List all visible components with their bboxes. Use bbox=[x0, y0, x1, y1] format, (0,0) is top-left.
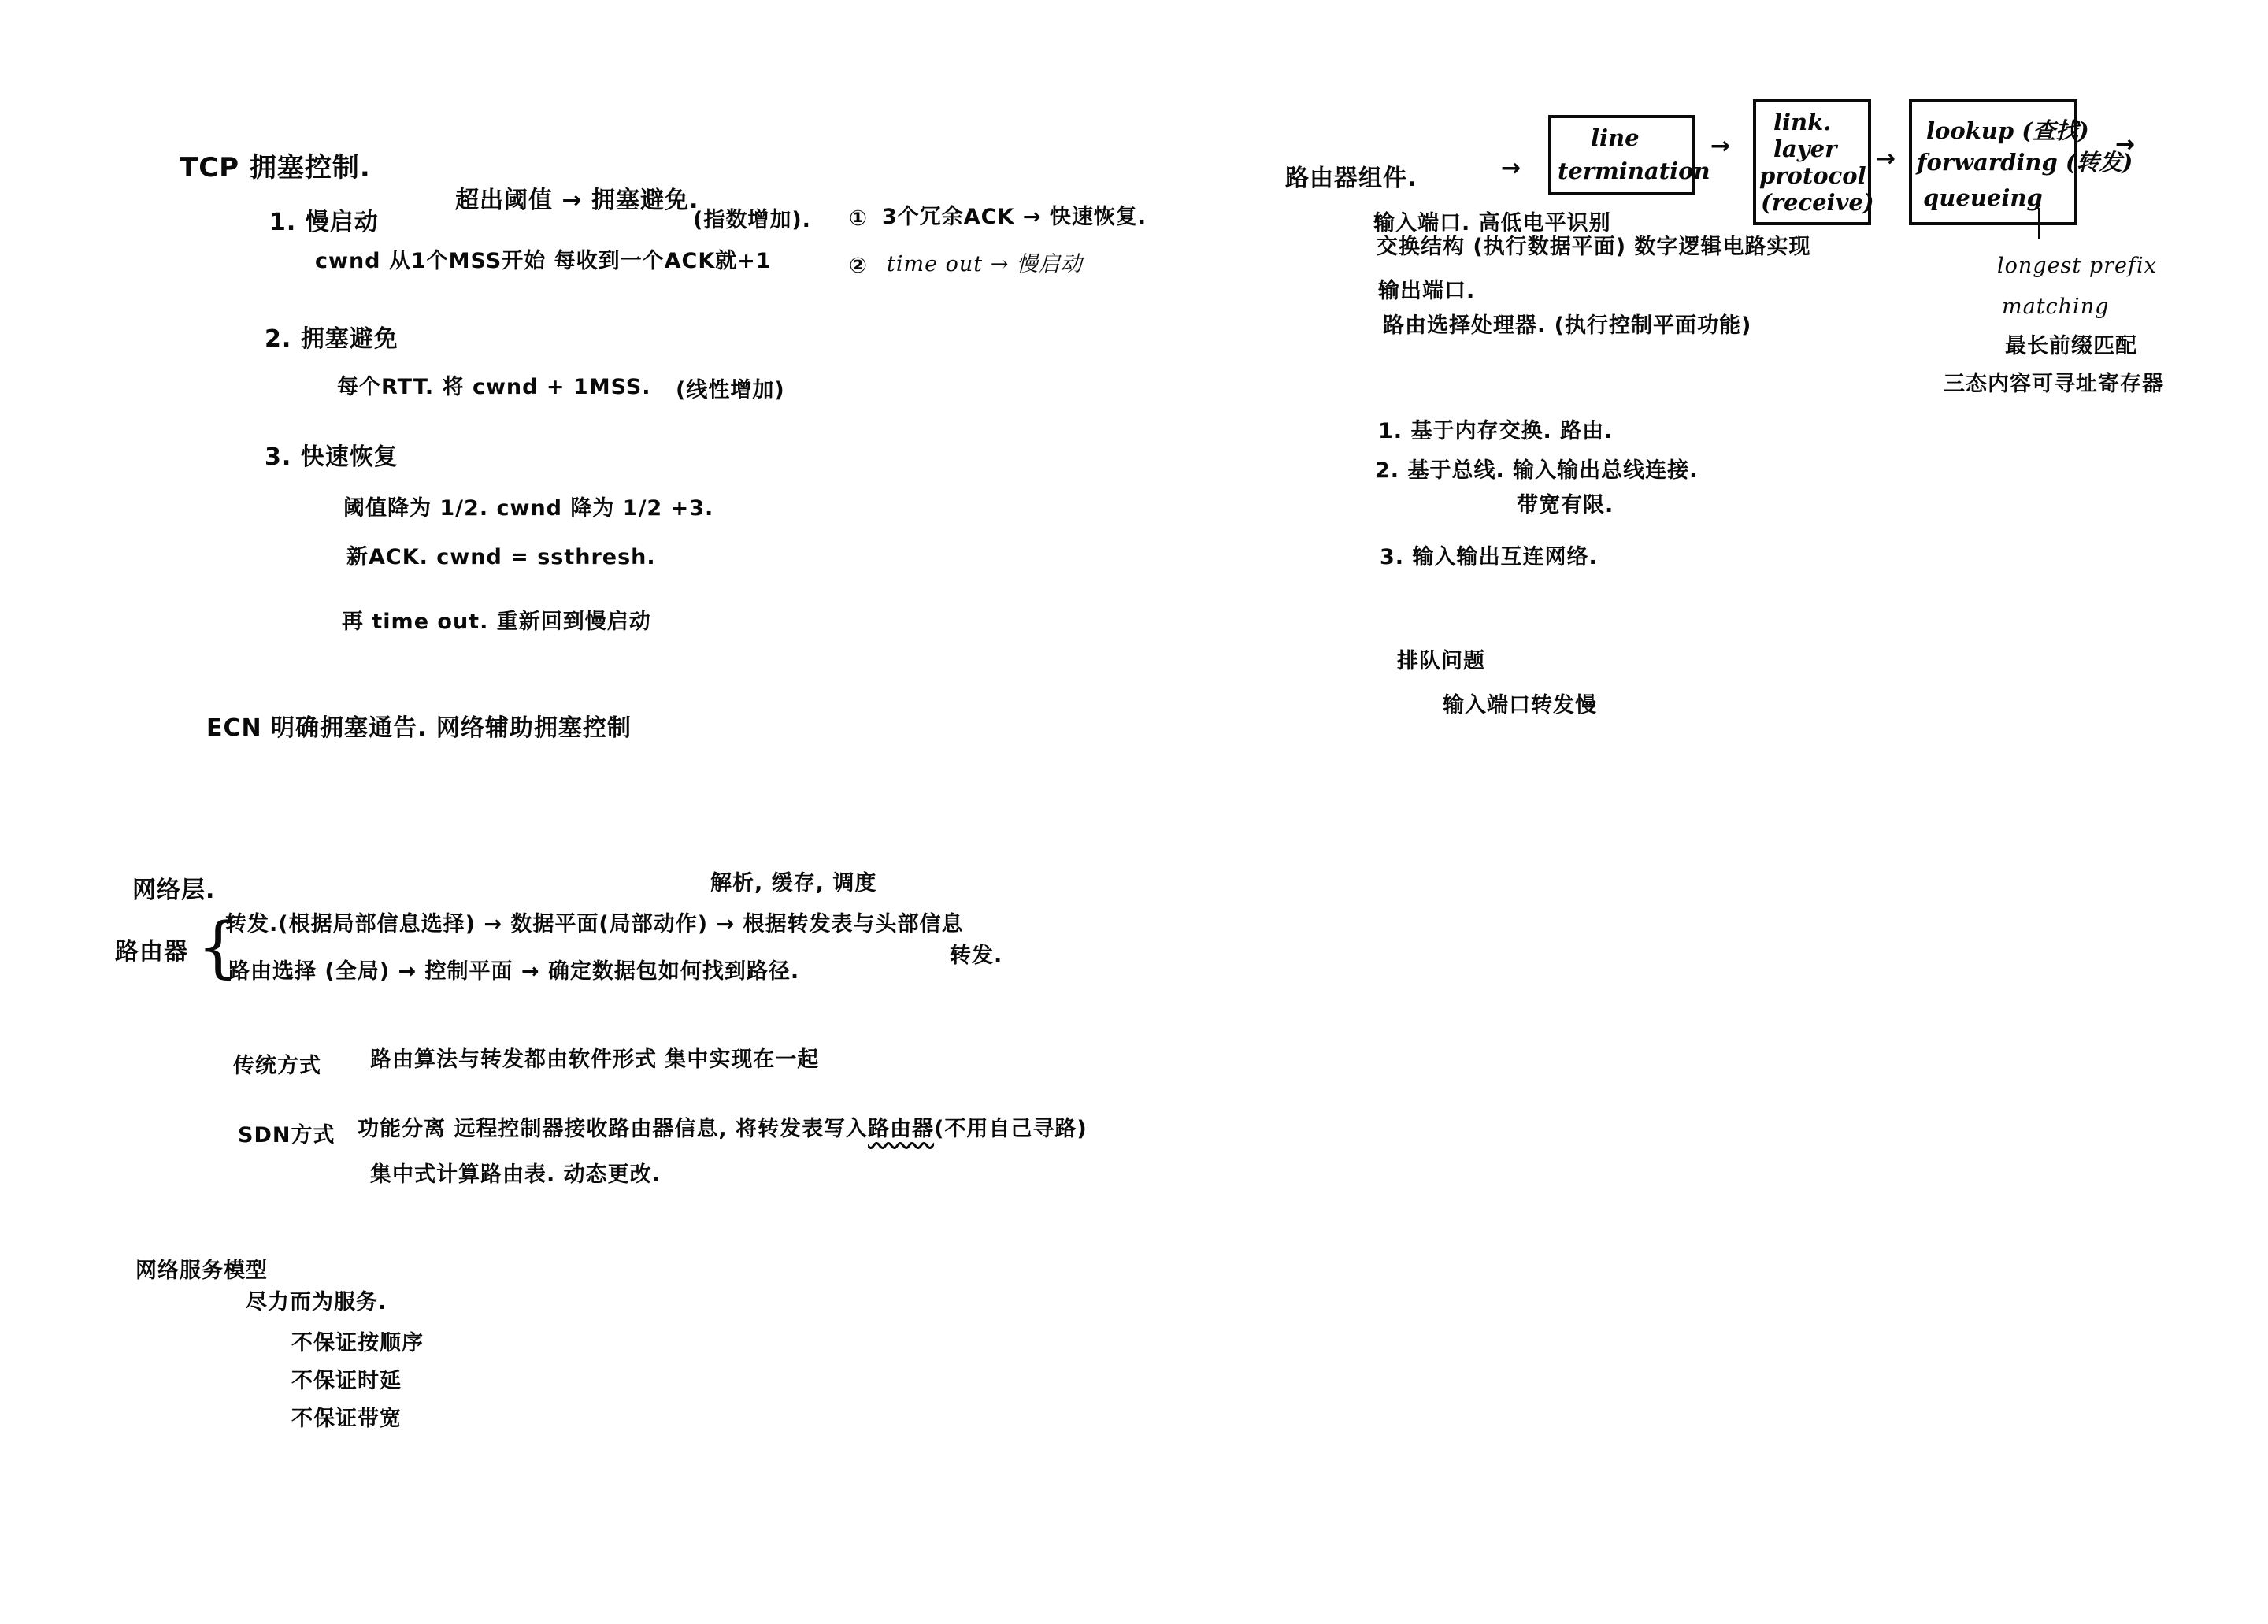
case2-text: time out → 慢启动 bbox=[887, 254, 1083, 275]
avoidance-heading: 2. 拥塞避免 bbox=[265, 328, 398, 351]
arrow-right-icon: → bbox=[1710, 132, 1730, 160]
arrow-right-icon: → bbox=[1876, 145, 1896, 172]
forwarding-line: 转发.(根据局部信息选择) → 数据平面(局部动作) → 根据转发表与头部信息 bbox=[225, 914, 963, 935]
case1-text: 3个冗余ACK → 快速恢复. bbox=[882, 206, 1147, 228]
queue-detail: 输入端口转发慢 bbox=[1443, 695, 1597, 716]
router-label: 路由器 bbox=[115, 940, 188, 964]
sdn-line2: 集中式计算路由表. 动态更改. bbox=[370, 1164, 661, 1185]
slow-start-detail: cwnd 从1个MSS开始 每收到一个ACK就+1 bbox=[315, 250, 772, 272]
queue-title: 排队问题 bbox=[1397, 651, 1485, 672]
lpm-line: 最长前缀匹配 bbox=[2005, 336, 2137, 357]
link-layer-box: link. layer protocol (receive) bbox=[1753, 99, 1871, 225]
sdn-line1: 功能分离 远程控制器接收路由器信息, 将转发表写入路由器(不用自己寻路) bbox=[358, 1118, 1088, 1140]
threshold-note: 超出阈值 → 拥塞避免. bbox=[455, 189, 699, 213]
router-components-title: 路由器组件. bbox=[1285, 167, 1417, 191]
fast-recovery-line3: 再 time out. 重新回到慢启动 bbox=[342, 611, 651, 632]
switching-item: 3. 输入输出互连网络. bbox=[1380, 547, 1598, 568]
fast-recovery-line2: 新ACK. cwnd = ssthresh. bbox=[346, 547, 656, 568]
forwarding-tail: 转发. bbox=[950, 945, 1002, 966]
arrow-right-icon: → bbox=[2115, 131, 2135, 158]
lpm-line: matching bbox=[2002, 296, 2109, 317]
case2-marker: ② bbox=[849, 255, 868, 276]
pointer-line bbox=[2038, 208, 2040, 239]
lpm-line: longest prefix bbox=[1997, 255, 2157, 276]
tcp-title: TCP 拥塞控制. bbox=[180, 154, 371, 181]
service-item: 不保证带宽 bbox=[291, 1408, 402, 1429]
fast-recovery-heading: 3. 快速恢复 bbox=[265, 446, 398, 469]
sdn-label: SDN方式 bbox=[238, 1125, 335, 1146]
switching-item: 带宽有限. bbox=[1517, 495, 1614, 516]
service-model-subtitle: 尽力而为服务. bbox=[246, 1292, 387, 1313]
avoidance-detail: 每个RTT. 将 cwnd + 1MSS. bbox=[337, 376, 651, 398]
sdn-router-underlined: 路由器 bbox=[868, 1117, 934, 1141]
sdn-line1-b: (不用自己寻路) bbox=[934, 1117, 1088, 1141]
component-item: 输入端口. 高低电平识别 bbox=[1373, 213, 1611, 234]
traditional-label: 传统方式 bbox=[233, 1055, 321, 1077]
data-plane-note: 解析, 缓存, 调度 bbox=[710, 873, 876, 894]
linear-note: (线性增加) bbox=[676, 380, 785, 401]
routing-line: 路由选择 (全局) → 控制平面 → 确定数据包如何找到路径. bbox=[228, 961, 799, 982]
component-item: 输出端口. bbox=[1378, 280, 1475, 302]
case1-marker: ① bbox=[849, 208, 868, 229]
ecn-line: ECN 明确拥塞通告. 网络辅助拥塞控制 bbox=[206, 717, 632, 740]
lookup-forwarding-box: lookup (查找) forwarding (转发) queueing bbox=[1909, 99, 2077, 225]
arrow-right-icon: → bbox=[1501, 154, 1521, 182]
service-item: 不保证按顺序 bbox=[291, 1333, 424, 1354]
network-layer-title: 网络层. bbox=[132, 879, 215, 903]
exponential-note: (指数增加). bbox=[693, 209, 811, 231]
component-item: 路由选择处理器. (执行控制平面功能) bbox=[1383, 315, 1751, 336]
line-termination-box: line termination bbox=[1548, 115, 1695, 195]
service-item: 不保证时延 bbox=[291, 1370, 402, 1392]
traditional-detail: 路由算法与转发都由软件形式 集中实现在一起 bbox=[370, 1049, 819, 1070]
service-model-title: 网络服务模型 bbox=[135, 1260, 268, 1281]
switching-item: 2. 基于总线. 输入输出总线连接. bbox=[1375, 460, 1698, 481]
component-item: 交换结构 (执行数据平面) 数字逻辑电路实现 bbox=[1377, 236, 1810, 258]
lpm-line: 三态内容可寻址寄存器 bbox=[1944, 373, 2164, 395]
slow-start-heading: 1. 慢启动 bbox=[269, 211, 379, 235]
fast-recovery-line1: 阈值降为 1/2. cwnd 降为 1/2 +3. bbox=[343, 498, 713, 519]
sdn-line1-a: 功能分离 远程控制器接收路由器信息, 将转发表写入 bbox=[358, 1117, 868, 1141]
switching-item: 1. 基于内存交换. 路由. bbox=[1378, 421, 1613, 442]
